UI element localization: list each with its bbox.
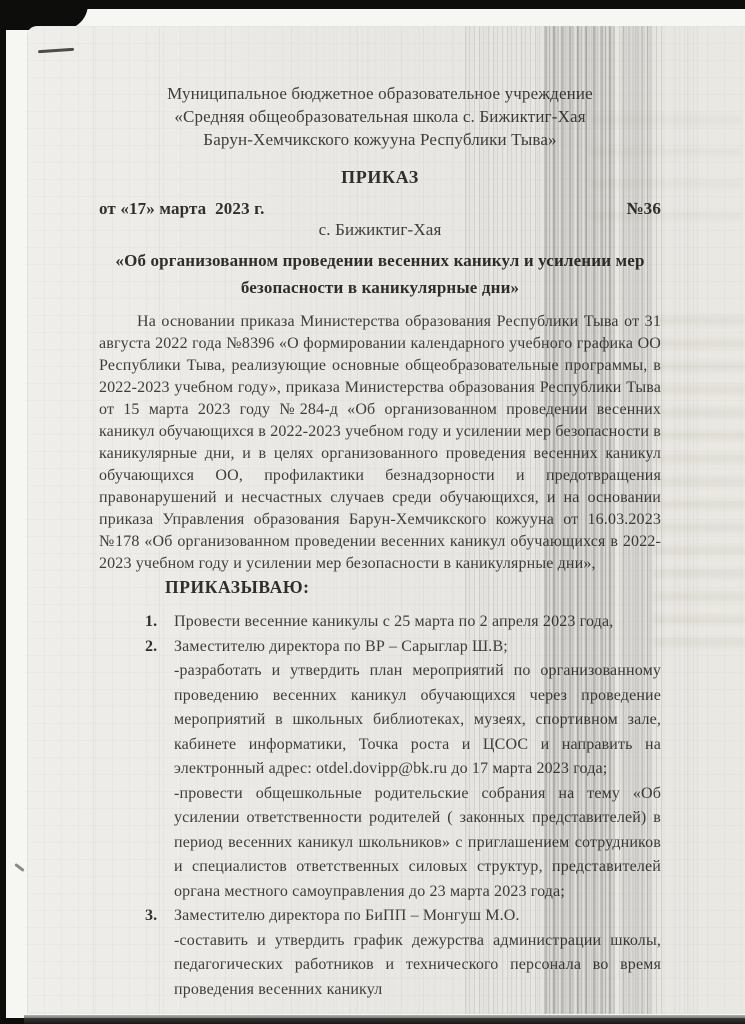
item-number: 2. bbox=[145, 635, 157, 660]
org-name-line-1: Муниципальное бюджетное образовательное … bbox=[99, 82, 661, 105]
order-number: №36 bbox=[626, 199, 661, 219]
item-subitem: -разработать и утвердить план мероприяти… bbox=[174, 659, 661, 782]
pen-mark bbox=[38, 48, 74, 53]
order-item-1: 1. Провести весенние каникулы с 25 марта… bbox=[99, 610, 661, 635]
org-name: Муниципальное бюджетное образовательное … bbox=[99, 82, 661, 151]
order-item-2: 2. Заместителю директора по ВР – Сарыгла… bbox=[99, 635, 661, 905]
order-title: «Об организованном проведении весенних к… bbox=[104, 247, 656, 301]
order-date: от «17» марта 2023 г. bbox=[99, 199, 264, 219]
item-text: Провести весенние каникулы с 25 марта по… bbox=[174, 610, 661, 635]
scanned-order-page: Муниципальное бюджетное образовательное … bbox=[0, 0, 745, 1024]
org-name-line-2: «Средняя общеобразовательная школа с. Би… bbox=[99, 105, 661, 128]
bleedthrough-text-right bbox=[653, 316, 745, 656]
order-preamble: На основании приказа Министерства образо… bbox=[99, 311, 661, 575]
order-heading: ПРИКАЗ bbox=[99, 167, 661, 188]
order-item-3: 3. Заместителю директора по БиПП – Монгу… bbox=[99, 904, 661, 1002]
item-subitem: -составить и утвердить график дежурства … bbox=[174, 929, 661, 1003]
item-subitem: -провести общешкольные родительские собр… bbox=[174, 782, 661, 905]
order-place: с. Бижиктиг-Хая bbox=[99, 220, 661, 240]
item-number: 1. bbox=[145, 610, 157, 635]
date-number-row: от «17» марта 2023 г. №36 bbox=[99, 199, 661, 219]
item-text: Заместителю директора по ВР – Сарыглар Ш… bbox=[174, 635, 661, 660]
item-number: 3. bbox=[145, 904, 157, 929]
order-content: Муниципальное бюджетное образовательное … bbox=[99, 26, 661, 1002]
scan-bottom-edge bbox=[24, 1015, 745, 1024]
item-text: Заместителю директора по БиПП – Монгуш М… bbox=[174, 904, 661, 929]
scan-streaks-right bbox=[675, 26, 701, 1014]
org-name-line-3: Барун-Хемчикского кожууна Республики Тыв… bbox=[99, 128, 661, 151]
order-items: 1. Провести весенние каникулы с 25 марта… bbox=[99, 610, 661, 1002]
paper-sheet: Муниципальное бюджетное образовательное … bbox=[27, 26, 745, 1014]
resolve-heading: ПРИКАЗЫВАЮ: bbox=[99, 577, 661, 598]
